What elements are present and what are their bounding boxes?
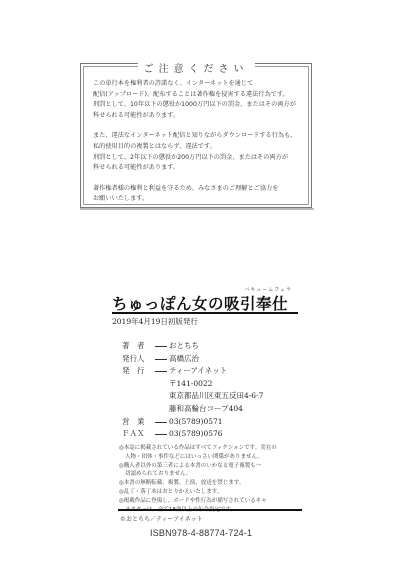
- credit-row-sales: 営 業 03(5789)0571: [122, 416, 263, 429]
- credit-label: 営 業: [122, 416, 155, 429]
- title-divider: [112, 312, 298, 314]
- credit-label: 発 行: [122, 365, 155, 378]
- address-line-1: 東京都品川区東五反田4-6-7: [122, 390, 263, 403]
- leader-dash: [155, 346, 167, 347]
- colophon-credits: 著 者 おとちち 発行人 高橋広治 発 行 ティーアイネット 〒141-0022…: [122, 340, 263, 441]
- notice-paragraph-1: この単行本を権利者の許諾なく、インターネットを通じて 配信(アップロード)、配布…: [93, 79, 303, 121]
- notice-body: この単行本を権利者の許諾なく、インターネットを通じて 配信(アップロード)、配布…: [93, 79, 303, 215]
- note-item: ◎乱丁・落丁本はおとりかえいたします。: [119, 488, 299, 497]
- notice-line: 私的使用目的の複製とはならず、違法です。: [93, 143, 216, 150]
- notice-line: 刑罰として、10年以下の懲役か1000万円以下の罰金、またはその両方が: [93, 101, 296, 108]
- copyright-line: ©おとちち／ティーアイネット: [120, 514, 203, 523]
- publisher-name: ティーアイネット: [169, 365, 227, 378]
- credit-row-publisher-person: 発行人 高橋広治: [122, 353, 263, 366]
- legal-notes: ◎本誌に掲載されている作品はすべてフィクションです。実在の 人物・団体・事件など…: [119, 444, 299, 514]
- notice-line: また、違法なインターネット配信と知りながらダウンロードする行為も、: [93, 132, 296, 139]
- notice-line: 著作権者様の権利と利益を守るため、みなさまのご理解とご協力を: [93, 185, 278, 192]
- notice-line: お願いいたします。: [93, 195, 148, 202]
- notice-paragraph-2: また、違法なインターネット配信と知りながらダウンロードする行為も、 私的使用目的…: [93, 131, 303, 173]
- notice-line: 科せられる可能性があります。: [93, 164, 179, 171]
- credit-label: ＦＡＸ: [122, 428, 155, 441]
- credit-label: 発行人: [122, 353, 155, 366]
- notice-title: ご注意ください: [138, 60, 255, 75]
- notice-title-wrap: ご注意ください: [81, 57, 311, 76]
- note-item: ◎本誌に掲載されている作品はすべてフィクションです。実在の: [119, 444, 299, 453]
- credit-label: 著 者: [122, 340, 155, 353]
- address-line-2: 藤和高輪台コープ404: [122, 403, 263, 416]
- note-item: ◎掲載作品に登場し、ボードや性行為が描写されているキャ: [119, 497, 299, 506]
- book-title: ちゅっぽん女の吸引奉仕: [112, 292, 288, 314]
- credit-row-publisher: 発 行 ティーアイネット: [122, 365, 263, 378]
- note-item-cont: 切認められておりません。: [119, 470, 299, 479]
- postal-code: 〒141-0022: [122, 378, 263, 391]
- credit-row-author: 著 者 おとちち: [122, 340, 263, 353]
- author-name: おとちち: [169, 340, 199, 353]
- note-item-cont: 人物・団体・事件などにはいっさい関係がありません。: [119, 453, 299, 462]
- note-item: ◎本書の無断転載、複製、上演、放送を禁じます。: [119, 479, 299, 488]
- publisher-person-name: 高橋広治: [169, 353, 199, 366]
- notice-paragraph-3: 著作権者様の権利と利益を守るため、みなさまのご理解とご協力を お願いいたします。: [93, 184, 303, 205]
- notice-line: 刑罰として、2年以下の懲役か200万円以下の罰金、またはその両方が: [93, 154, 288, 161]
- leader-dash: [155, 371, 167, 372]
- notice-line: この単行本を権利者の許諾なく、インターネットを通じて: [93, 80, 253, 87]
- leader-dash: [155, 434, 167, 435]
- sales-phone: 03(5789)0571: [169, 416, 223, 429]
- notice-line: 配信(アップロード)、配布することは著作権を侵害する違法行為です。: [93, 91, 289, 98]
- copyright-notice-box: ご注意ください この単行本を権利者の許諾なく、インターネットを通じて 配信(アッ…: [80, 63, 312, 208]
- note-item: ◎購入者以外の第三者による本書のいかなる電子複製も一: [119, 462, 299, 471]
- notice-line: 科せられる可能性があります。: [93, 112, 179, 119]
- isbn: ISBN978-4-88774-724-1: [150, 528, 252, 538]
- publication-date: 2019年4月19日初版発行: [112, 316, 198, 327]
- leader-dash: [155, 422, 167, 423]
- bottom-divider: [118, 509, 302, 511]
- fax-number: 03(5789)0576: [169, 428, 223, 441]
- leader-dash: [155, 359, 167, 360]
- credit-row-fax: ＦＡＸ 03(5789)0576: [122, 428, 263, 441]
